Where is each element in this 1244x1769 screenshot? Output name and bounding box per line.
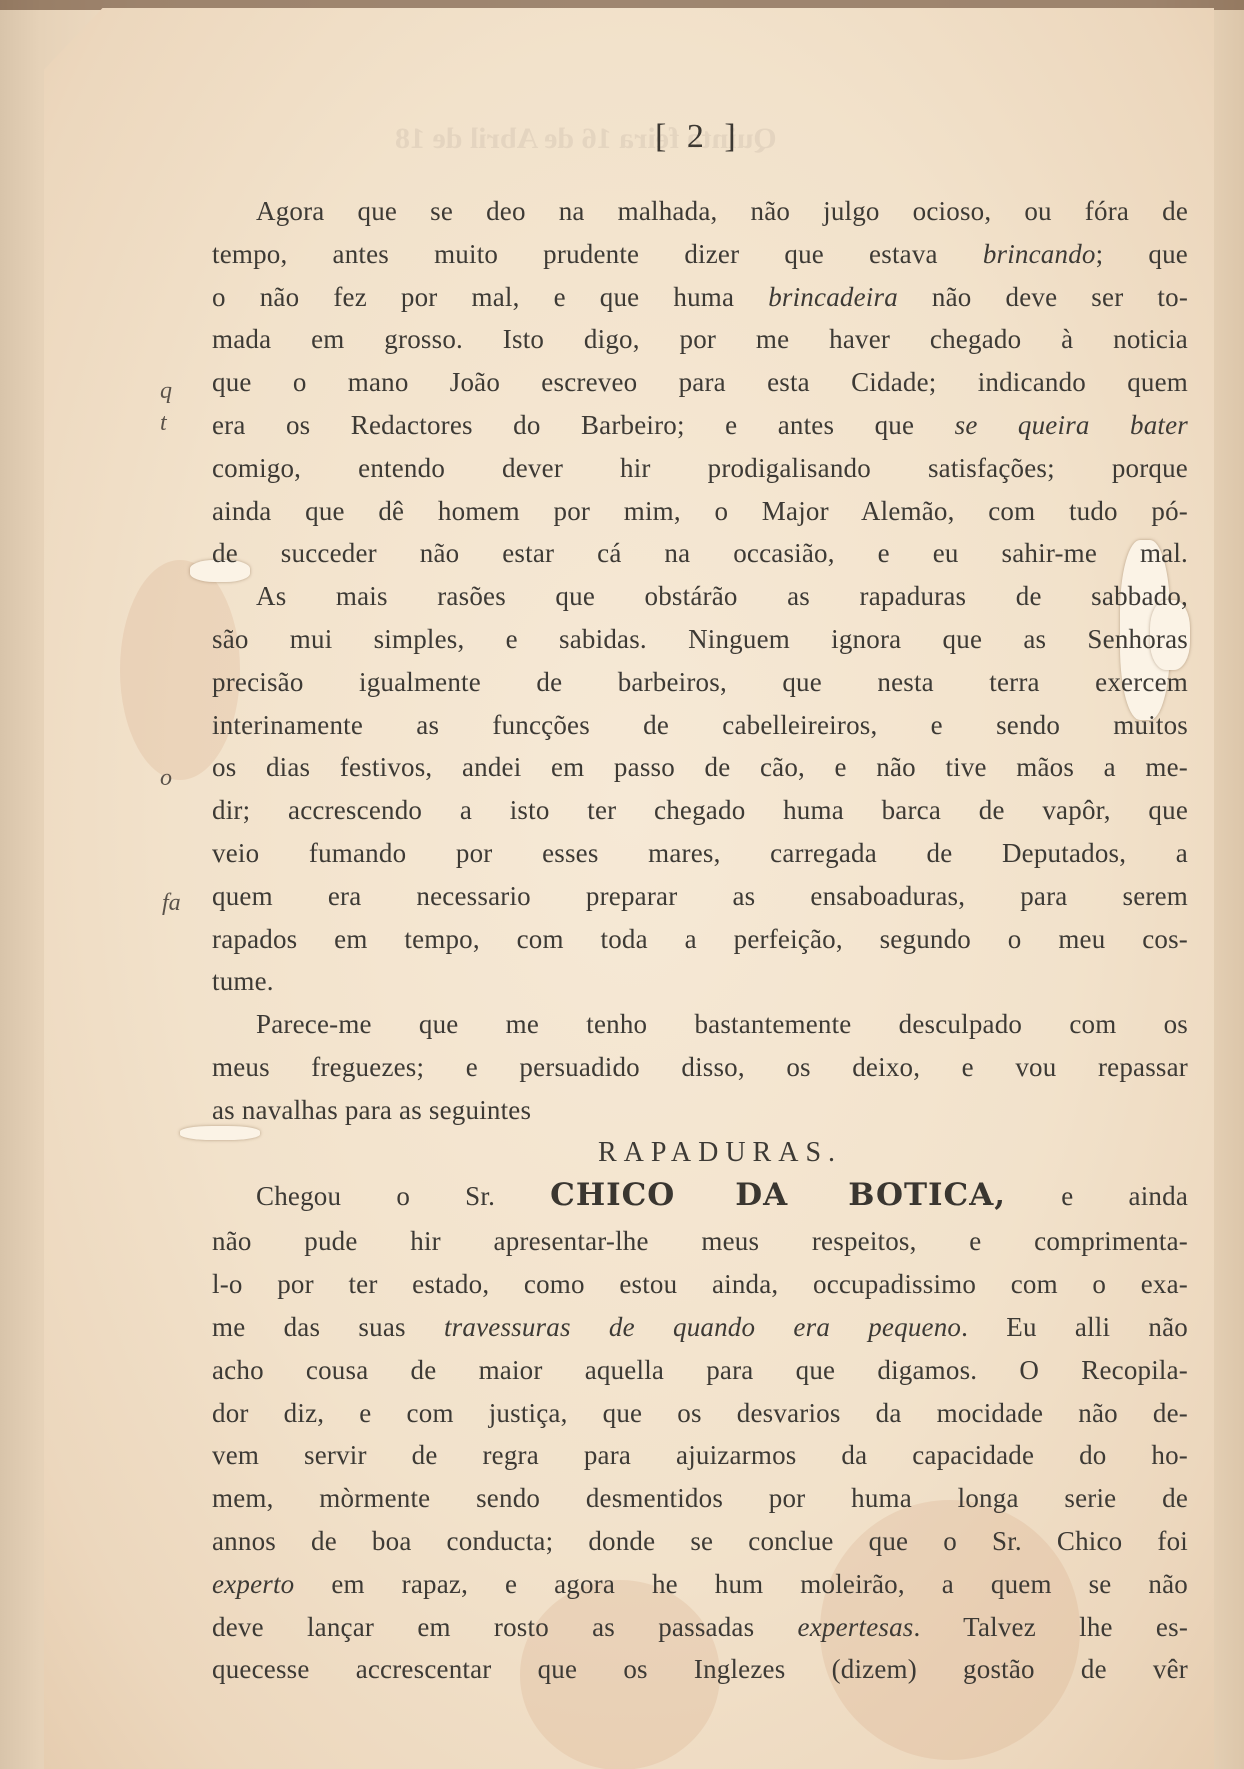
text-line: quecesse accrescentar que os Inglezes (d…	[212, 1648, 1188, 1691]
italic-word: brincando	[983, 239, 1096, 269]
margin-annotation: o	[160, 765, 172, 792]
text-line: precisão igualmente de barbeiros, que ne…	[212, 661, 1188, 704]
text-line: experto em rapaz, e agora he hum moleirã…	[212, 1563, 1188, 1606]
text-line: as navalhas para as seguintes	[212, 1089, 1188, 1132]
text-line: meus freguezes; e persuadido disso, os d…	[212, 1046, 1188, 1089]
text-line: vem servir de regra para ajuizarmos da c…	[212, 1434, 1188, 1477]
italic-phrase: travessuras de quando era pequeno	[444, 1312, 961, 1342]
section-heading: RAPADURAS.	[212, 1132, 1188, 1175]
italic-phrase: se queira bater	[955, 410, 1188, 440]
text-line: Chegou o Sr. CHICO DA BOTICA, e ainda	[212, 1174, 1188, 1220]
italic-word: expertesas	[798, 1612, 914, 1642]
italic-word: experto	[212, 1569, 294, 1599]
text-line: ainda que dê homem por mim, o Major Alem…	[212, 490, 1188, 533]
text-line: l-o por ter estado, como estou ainda, oc…	[212, 1263, 1188, 1306]
text-line: Parece-me que me tenho bastantemente des…	[212, 1003, 1188, 1046]
text-line: de succeder não estar cá na occasião, e …	[212, 532, 1188, 575]
text-line: o não fez por mal, e que huma brincadeir…	[212, 276, 1188, 319]
text-line: dor diz, e com justiça, que os desvarios…	[212, 1392, 1188, 1435]
text-line: me das suas travessuras de quando era pe…	[212, 1306, 1188, 1349]
text-line: tume.	[212, 960, 1188, 1003]
text-line: tempo, antes muito prudente dizer que es…	[212, 233, 1188, 276]
text-line: annos de boa conducta; donde se conclue …	[212, 1520, 1188, 1563]
body-text: Agora que se deo na malhada, não julgo o…	[212, 190, 1188, 1691]
text-line: interinamente as funcções de cabelleirei…	[212, 704, 1188, 747]
text-line: mada em grosso. Isto digo, por me haver …	[212, 318, 1188, 361]
margin-annotation: fa	[162, 890, 181, 917]
text-line: comigo, entendo dever hir prodigalisando…	[212, 447, 1188, 490]
text-line: dir; accrescendo a isto ter chegado huma…	[212, 789, 1188, 832]
text-line: deve lançar em rosto as passadas experte…	[212, 1606, 1188, 1649]
text-line: que o mano João escreveo para esta Cidad…	[212, 361, 1188, 404]
text-line: são mui simples, e sabidas. Ninguem igno…	[212, 618, 1188, 661]
text-line: quem era necessario preparar as ensaboad…	[212, 875, 1188, 918]
page-number: [ 2 ]	[655, 118, 742, 156]
margin-annotation: q	[160, 378, 172, 405]
person-name: CHICO DA BOTICA,	[550, 1177, 1006, 1213]
text-line: rapados em tempo, com toda a perfeição, …	[212, 918, 1188, 961]
text-line: não pude hir apresentar-lhe meus respeit…	[212, 1220, 1188, 1263]
text-line: era os Redactores do Barbeiro; e antes q…	[212, 404, 1188, 447]
text-line: mem, mòrmente sendo desmentidos por huma…	[212, 1477, 1188, 1520]
margin-annotation: t	[160, 410, 167, 437]
text-line: os dias festivos, andei em passo de cão,…	[212, 746, 1188, 789]
text-line: Agora que se deo na malhada, não julgo o…	[212, 190, 1188, 233]
text-line: acho cousa de maior aquella para que dig…	[212, 1349, 1188, 1392]
text-line: veio fumando por esses mares, carregada …	[212, 832, 1188, 875]
text-line: As mais rasões que obstárão as rapaduras…	[212, 575, 1188, 618]
italic-word: brincadeira	[768, 282, 898, 312]
